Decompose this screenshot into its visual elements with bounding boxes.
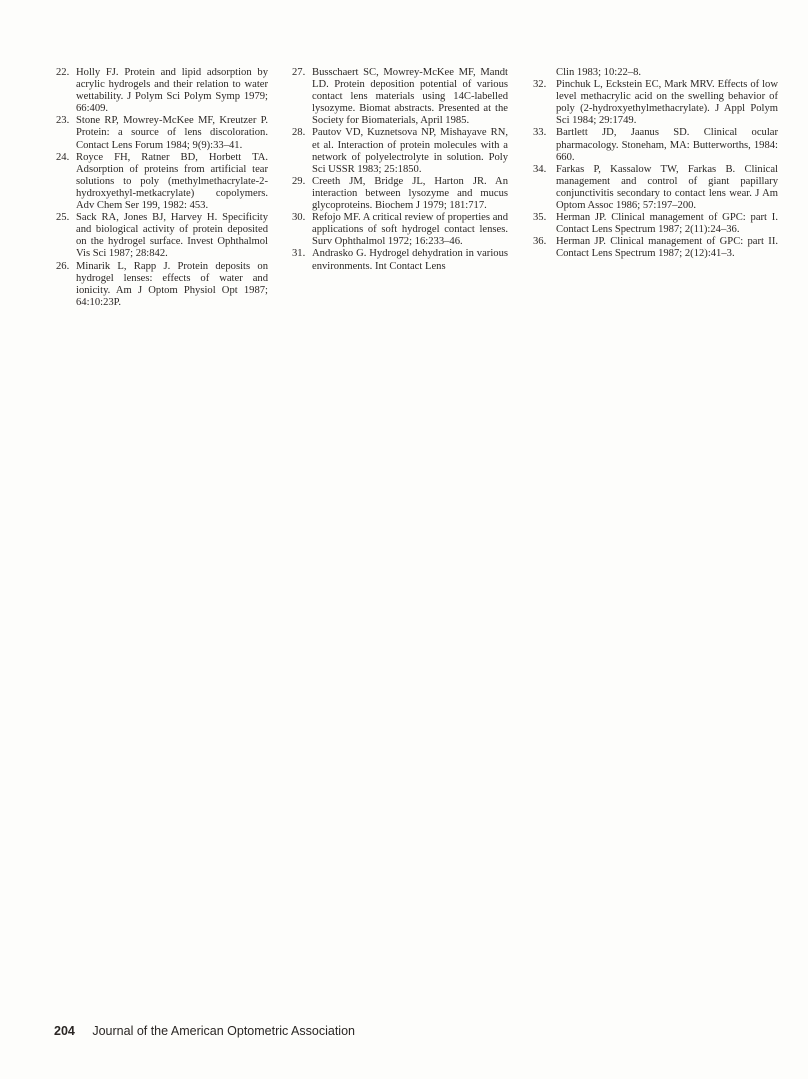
reference-text: Creeth JM, Bridge JL, Harton JR. An inte… — [312, 176, 508, 211]
reference-number: 33. — [533, 127, 546, 139]
reference-text: Refojo MF. A critical review of properti… — [312, 212, 508, 247]
reference-item: 32.Pinchuk L, Eckstein EC, Mark MRV. Eff… — [533, 79, 778, 127]
references-column-2: 27.Busschaert SC, Mowrey-McKee MF, Mandt… — [292, 67, 508, 273]
reference-item: 31.Andrasko G. Hydrogel dehydration in v… — [292, 248, 508, 272]
reference-number: 23. — [56, 115, 69, 127]
reference-item: 30.Refojo MF. A critical review of prope… — [292, 212, 508, 248]
journal-name: Journal of the American Optometric Assoc… — [92, 1024, 355, 1038]
reference-number: 34. — [533, 164, 546, 176]
reference-text: Andrasko G. Hydrogel dehydration in vari… — [312, 248, 508, 271]
reference-number: 25. — [56, 212, 69, 224]
reference-item: 26.Minarik L, Rapp J. Protein deposits o… — [56, 261, 268, 309]
reference-text: Minarik L, Rapp J. Protein deposits on h… — [76, 261, 268, 308]
reference-text: Bartlett JD, Jaanus SD. Clinical ocular … — [556, 127, 778, 162]
reference-number: 29. — [292, 176, 305, 188]
reference-item: 24.Royce FH, Ratner BD, Horbett TA. Adso… — [56, 152, 268, 212]
page-footer: 204 Journal of the American Optometric A… — [54, 1024, 355, 1038]
reference-item: 36.Herman JP. Clinical management of GPC… — [533, 236, 778, 260]
reference-text: Herman JP. Clinical management of GPC: p… — [556, 212, 778, 235]
reference-item: 28.Pautov VD, Kuznetsova NP, Mishayave R… — [292, 127, 508, 175]
reference-number: 35. — [533, 212, 546, 224]
reference-text: Royce FH, Ratner BD, Horbett TA. Adsorpt… — [76, 152, 268, 211]
reference-item: 25.Sack RA, Jones BJ, Harvey H. Specific… — [56, 212, 268, 260]
reference-text: Stone RP, Mowrey-McKee MF, Kreutzer P. P… — [76, 115, 268, 150]
reference-item: 29.Creeth JM, Bridge JL, Harton JR. An i… — [292, 176, 508, 212]
reference-text: Pautov VD, Kuznetsova NP, Mishayave RN, … — [312, 127, 508, 174]
reference-text: Busschaert SC, Mowrey-McKee MF, Mandt LD… — [312, 67, 508, 126]
reference-number: 22. — [56, 67, 69, 79]
reference-text: Sack RA, Jones BJ, Harvey H. Specificity… — [76, 212, 268, 259]
reference-number: 32. — [533, 79, 546, 91]
reference-item: 22.Holly FJ. Protein and lipid adsorptio… — [56, 67, 268, 115]
references-column-1: 22.Holly FJ. Protein and lipid adsorptio… — [56, 67, 268, 309]
reference-item: 35.Herman JP. Clinical management of GPC… — [533, 212, 778, 236]
reference-number: 36. — [533, 236, 546, 248]
reference-number: 26. — [56, 261, 69, 273]
reference-text: Pinchuk L, Eckstein EC, Mark MRV. Effect… — [556, 79, 778, 126]
reference-text: Farkas P, Kassalow TW, Farkas B. Clinica… — [556, 164, 778, 211]
reference-text: Herman JP. Clinical management of GPC: p… — [556, 236, 778, 259]
reference-number: 27. — [292, 67, 305, 79]
reference-item: 33.Bartlett JD, Jaanus SD. Clinical ocul… — [533, 127, 778, 163]
page-number: 204 — [54, 1024, 75, 1038]
reference-item: 27.Busschaert SC, Mowrey-McKee MF, Mandt… — [292, 67, 508, 127]
reference-number: 28. — [292, 127, 305, 139]
reference-item: 23.Stone RP, Mowrey-McKee MF, Kreutzer P… — [56, 115, 268, 151]
reference-number: 30. — [292, 212, 305, 224]
reference-number: 24. — [56, 152, 69, 164]
reference-number: 31. — [292, 248, 305, 260]
reference-item: 34.Farkas P, Kassalow TW, Farkas B. Clin… — [533, 164, 778, 212]
references-column-3: Clin 1983; 10:22–8. 32.Pinchuk L, Eckste… — [533, 67, 778, 261]
reference-continuation: Clin 1983; 10:22–8. — [533, 67, 778, 79]
reference-text: Holly FJ. Protein and lipid adsorption b… — [76, 67, 268, 114]
